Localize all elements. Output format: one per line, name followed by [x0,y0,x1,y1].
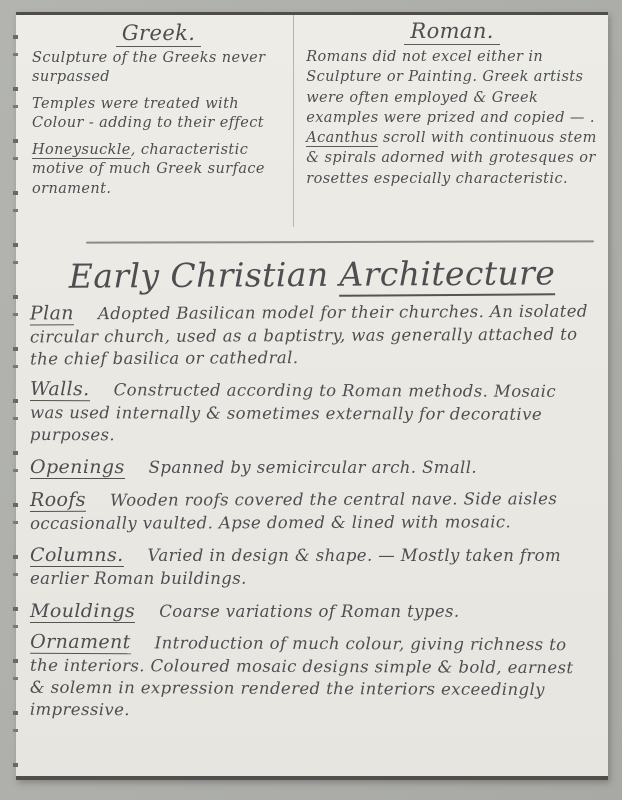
scanned-photo-background: Greek. Sculpture of the Greeks never sur… [0,0,622,800]
greek-column: Greek. Sculpture of the Greeks never sur… [16,15,294,227]
notes-body: PlanAdopted Basilican model for their ch… [16,300,608,721]
section-plan-text: Adopted Basilican model for their church… [30,302,588,369]
page-title: Early Christian Architecture [16,253,608,296]
section-roofs-text: Wooden roofs covered the central nave. S… [30,489,557,533]
roman-note-part-1: Romans did not excel either in Sculpture… [306,49,595,126]
section-mouldings: MouldingsCoarse variations of Roman type… [30,599,594,624]
notebook-page: Greek. Sculpture of the Greeks never sur… [16,12,608,780]
section-walls-label: Walls. [30,378,90,401]
honeysuckle-keyword: Honeysuckle [32,142,131,159]
section-openings-label: Openings [30,456,125,479]
section-plan: PlanAdopted Basilican model for their ch… [30,299,594,371]
roman-column: Roman. Romans did not excel either in Sc… [294,15,608,227]
section-walls-text: Constructed according to Roman methods. … [30,380,556,444]
horizontal-pencil-rule [86,240,594,243]
section-mouldings-text: Coarse variations of Roman types. [159,602,459,621]
roman-note: Romans did not excel either in Sculpture… [306,47,598,189]
section-openings-text: Spanned by semicircular arch. Small. [149,458,477,477]
torn-left-edge [13,19,18,772]
greek-heading-text: Greek. [116,21,201,47]
section-columns-label: Columns. [30,544,124,567]
top-columns: Greek. Sculpture of the Greeks never sur… [16,15,608,227]
page-title-prefix: Early Christian [69,255,340,296]
page-title-underlined: Architecture [339,253,555,297]
section-roofs: RoofsWooden roofs covered the central na… [30,486,594,535]
greek-heading: Greek. [32,21,285,45]
section-columns: Columns.Varied in design & shape. — Most… [30,543,594,590]
roman-heading-text: Roman. [404,19,500,45]
section-plan-label: Plan [30,302,74,325]
section-mouldings-label: Mouldings [30,600,135,623]
section-ornament-label: Ornament [30,631,131,654]
greek-note-1: Sculpture of the Greeks never surpassed [32,49,285,88]
greek-note-3: Honeysuckle, characteristic motive of mu… [32,141,285,199]
greek-note-2: Temples were treated with Colour - addin… [32,95,285,134]
roman-heading: Roman. [306,19,598,43]
section-walls: Walls.Constructed according to Roman met… [30,377,594,448]
section-ornament: OrnamentIntroduction of much colour, giv… [30,630,594,723]
section-openings: OpeningsSpanned by semicircular arch. Sm… [30,455,594,480]
section-roofs-label: Roofs [30,489,86,512]
acanthus-keyword: Acanthus [306,130,378,147]
